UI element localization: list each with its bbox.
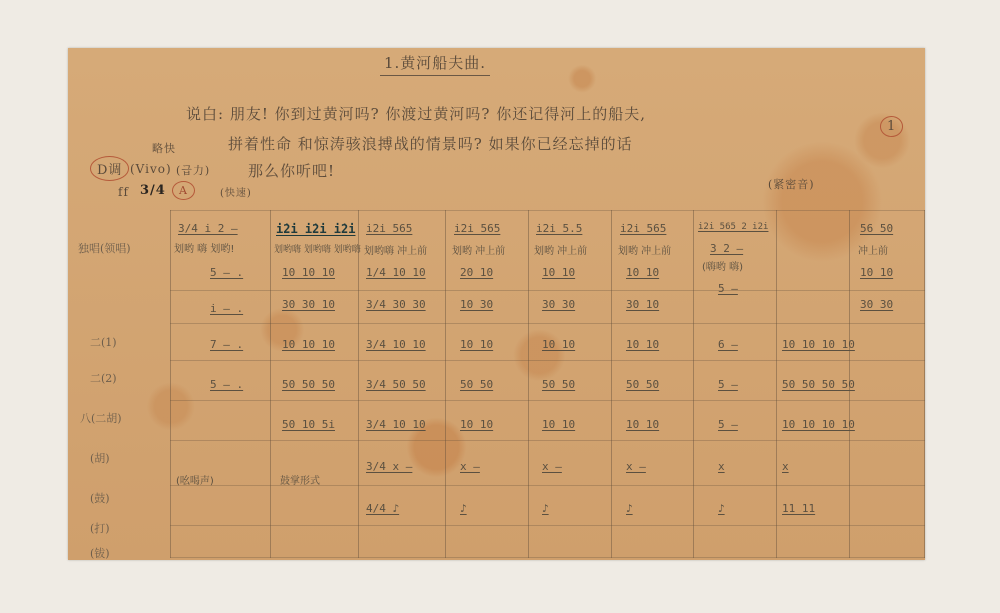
m8-melody: 56 50 [860,222,893,235]
row-label-5: (胡) [90,450,110,466]
recitation-line-1: 说白: 朋友! 你到过黄河吗? 你渡过黄河吗? 你还记得河上的船夫, [186,103,646,124]
m7-part4: 6 — [718,338,738,351]
m1-part3: i̇ — . [210,302,243,315]
m4-part7: x — [460,460,480,473]
m1-lyrics: 划哟 嗨 划哟! [174,240,234,255]
m6-part8: ♪ [626,502,633,515]
bracket-note: (快速) [220,184,252,199]
m2-melody: i̇2i i̇2i i̇2i [276,222,355,236]
m5-part6: 10 10 [542,418,575,431]
m7-part8: ♪ [718,502,725,515]
m5-part3: 30 30 [542,298,575,311]
m4-part4: 10 10 [460,338,493,351]
m5-part8: ♪ [542,502,549,515]
m7-part6: 5 — [718,418,738,431]
dynamic-ff: ff [118,185,129,199]
m4-lyrics: 划哟 冲上前 [452,242,505,257]
m8-part6: 10 10 10 10 [782,418,855,431]
row-label-0: 独唱(领唱) [78,240,131,256]
m5-lyrics: 划哟 冲上前 [534,242,587,257]
m3-part5: 3/4 50 50 [366,378,426,391]
m2-part4: 10 10 10 [282,338,335,351]
m8-lyrics: 冲上前 [858,242,888,257]
m6-part4: 10 10 [626,338,659,351]
m6-part3: 30 10 [626,298,659,311]
m7-lyrics: (嗨哟 嗨) [702,258,743,273]
m1-part5: 5 — . [210,378,243,391]
m3-part6: 3/4 10 10 [366,418,426,431]
m8-part3: 30 30 [860,298,893,311]
song-title: 1.黄河船夫曲. [380,52,490,76]
m7-part5: 5 — [718,378,738,391]
m7-part1: 3 2 — [710,242,743,255]
m3-lyrics: 划哟嗨 冲上前 [364,242,427,257]
m6-part5: 50 50 [626,378,659,391]
m5-part2: 10 10 [542,266,575,279]
recitation-line-3: 那么你听吧! [248,160,335,181]
m4-part2: 20 10 [460,266,493,279]
m4-part5: 50 50 [460,378,493,391]
m2-part3: 30 30 10 [282,298,335,311]
m6-part2: 10 10 [626,266,659,279]
m8-part7: x [782,460,789,473]
row-label-3: 二(2) [90,370,117,386]
recitation-line-2: 拼着性命 和惊涛骇浪搏战的情景吗? 如果你已经忘掉的话 [228,133,633,154]
m3-part4: 3/4 10 10 [366,338,426,351]
key-marking: D调 [90,156,129,181]
m8-part4: 10 10 10 10 [782,338,855,351]
m8-part8: 11 11 [782,502,815,515]
m2-part6: 50 10 5i [282,418,335,431]
m8-part5: 50 50 50 50 [782,378,855,391]
m2-lyrics: 划哟嗨 划哟嗨 划哟嗨 [274,242,361,255]
score-grid: 独唱(领唱) 二(1) 二(2) 八(二胡) (胡) (鼓) (打) (钹) 3… [170,210,925,558]
m5-part7: x — [542,460,562,473]
tempo-annotation: 略快 [152,140,176,156]
m3-part2: 1/4 10 10 [366,266,426,279]
m7-part3: 5 — [718,282,738,295]
m6-melody: i̇2i 565 [620,222,666,235]
m6-part7: x — [626,460,646,473]
m6-lyrics: 划哟 冲上前 [618,242,671,257]
row-label-4: 八(二胡) [80,410,122,426]
m5-part5: 50 50 [542,378,575,391]
row-label-7: (打) [90,520,110,536]
time-signature: 3/4 [140,183,166,198]
m1-part4: 7 — . [210,338,243,351]
manuscript-page: 1.黄河船夫曲. 说白: 朋友! 你到过黄河吗? 你渡过黄河吗? 你还记得河上的… [68,48,925,560]
m2-part2: 10 10 10 [282,266,335,279]
row-label-8: (钹) [90,545,110,561]
page-number: 1 [880,116,903,137]
row-label-2: 二(1) [90,334,117,350]
m6-part6: 10 10 [626,418,659,431]
tempo-chinese: (급力) [176,162,210,178]
section-mark: A [172,181,195,200]
m1-part2: 5 — . [210,266,243,279]
m1-part6: (吆喝声) [176,472,214,487]
corner-note: (紧密音) [768,176,815,192]
m8-part2: 10 10 [860,266,893,279]
m3-melody: i̇2i 565 [366,222,412,235]
m7-melody: i̇2i 565 2 i̇2i [698,222,768,232]
m4-part3: 10 30 [460,298,493,311]
m7-part7: x [718,460,725,473]
m5-melody: i̇2i 5.5 [536,222,582,235]
m2-part7: 鼓掌形式 [280,472,320,487]
m5-part4: 10 10 [542,338,575,351]
m4-part8: ♪ [460,502,467,515]
m4-melody: i̇2i 565 [454,222,500,235]
m3-part8: 4/4 ♪ [366,502,399,515]
m4-part6: 10 10 [460,418,493,431]
m1-melody: 3/4 i̇ 2 — [178,222,238,235]
m3-part3: 3/4 30 30 [366,298,426,311]
row-label-6: (鼓) [90,490,110,506]
tempo-marking: (Vivo) [130,162,172,176]
m2-part5: 50 50 50 [282,378,335,391]
m3-part7: 3/4 x — [366,460,412,473]
